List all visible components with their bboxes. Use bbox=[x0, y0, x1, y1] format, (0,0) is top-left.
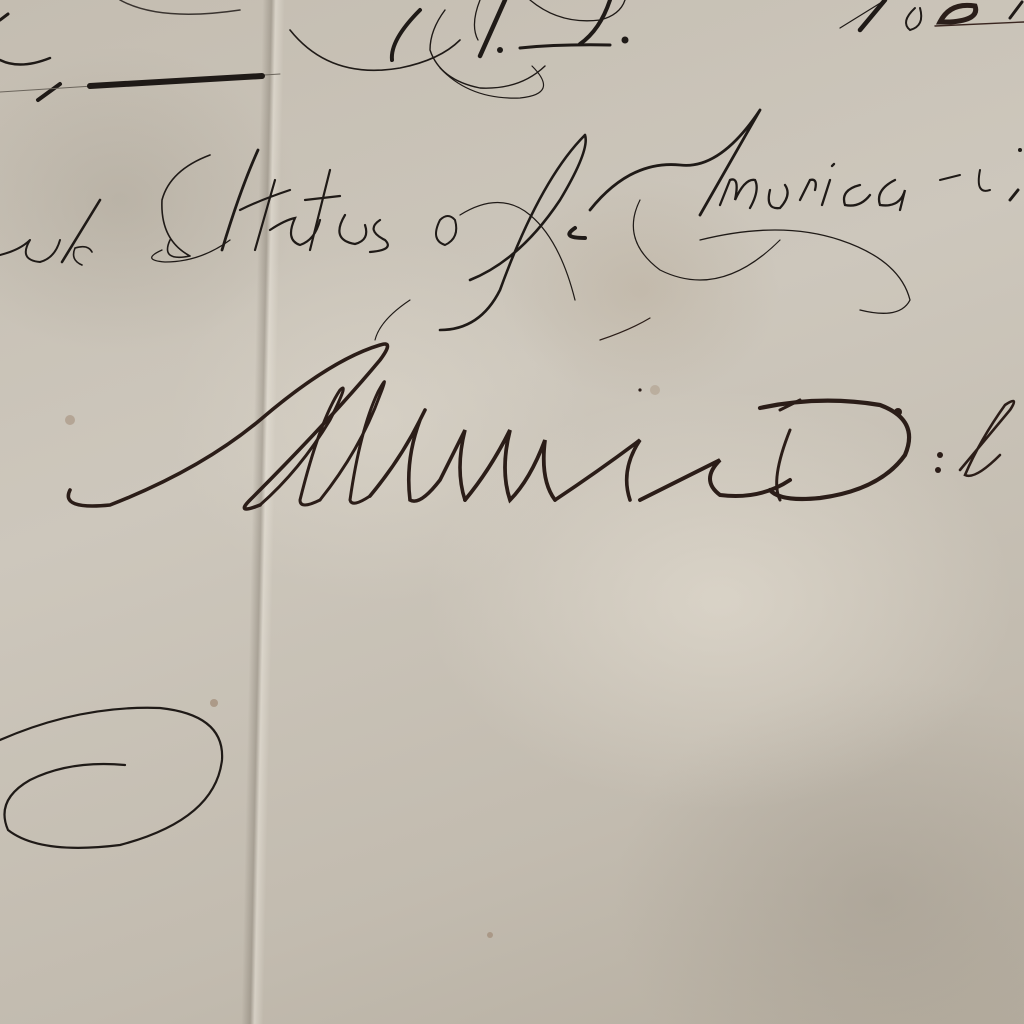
bottom-flourish-strokes bbox=[0, 708, 222, 848]
left-fragment-strokes bbox=[0, 0, 280, 100]
handwriting-ink bbox=[0, 0, 1024, 1024]
document-photo: A. D. 180 ed States of America Millnia — bbox=[0, 0, 1024, 1024]
